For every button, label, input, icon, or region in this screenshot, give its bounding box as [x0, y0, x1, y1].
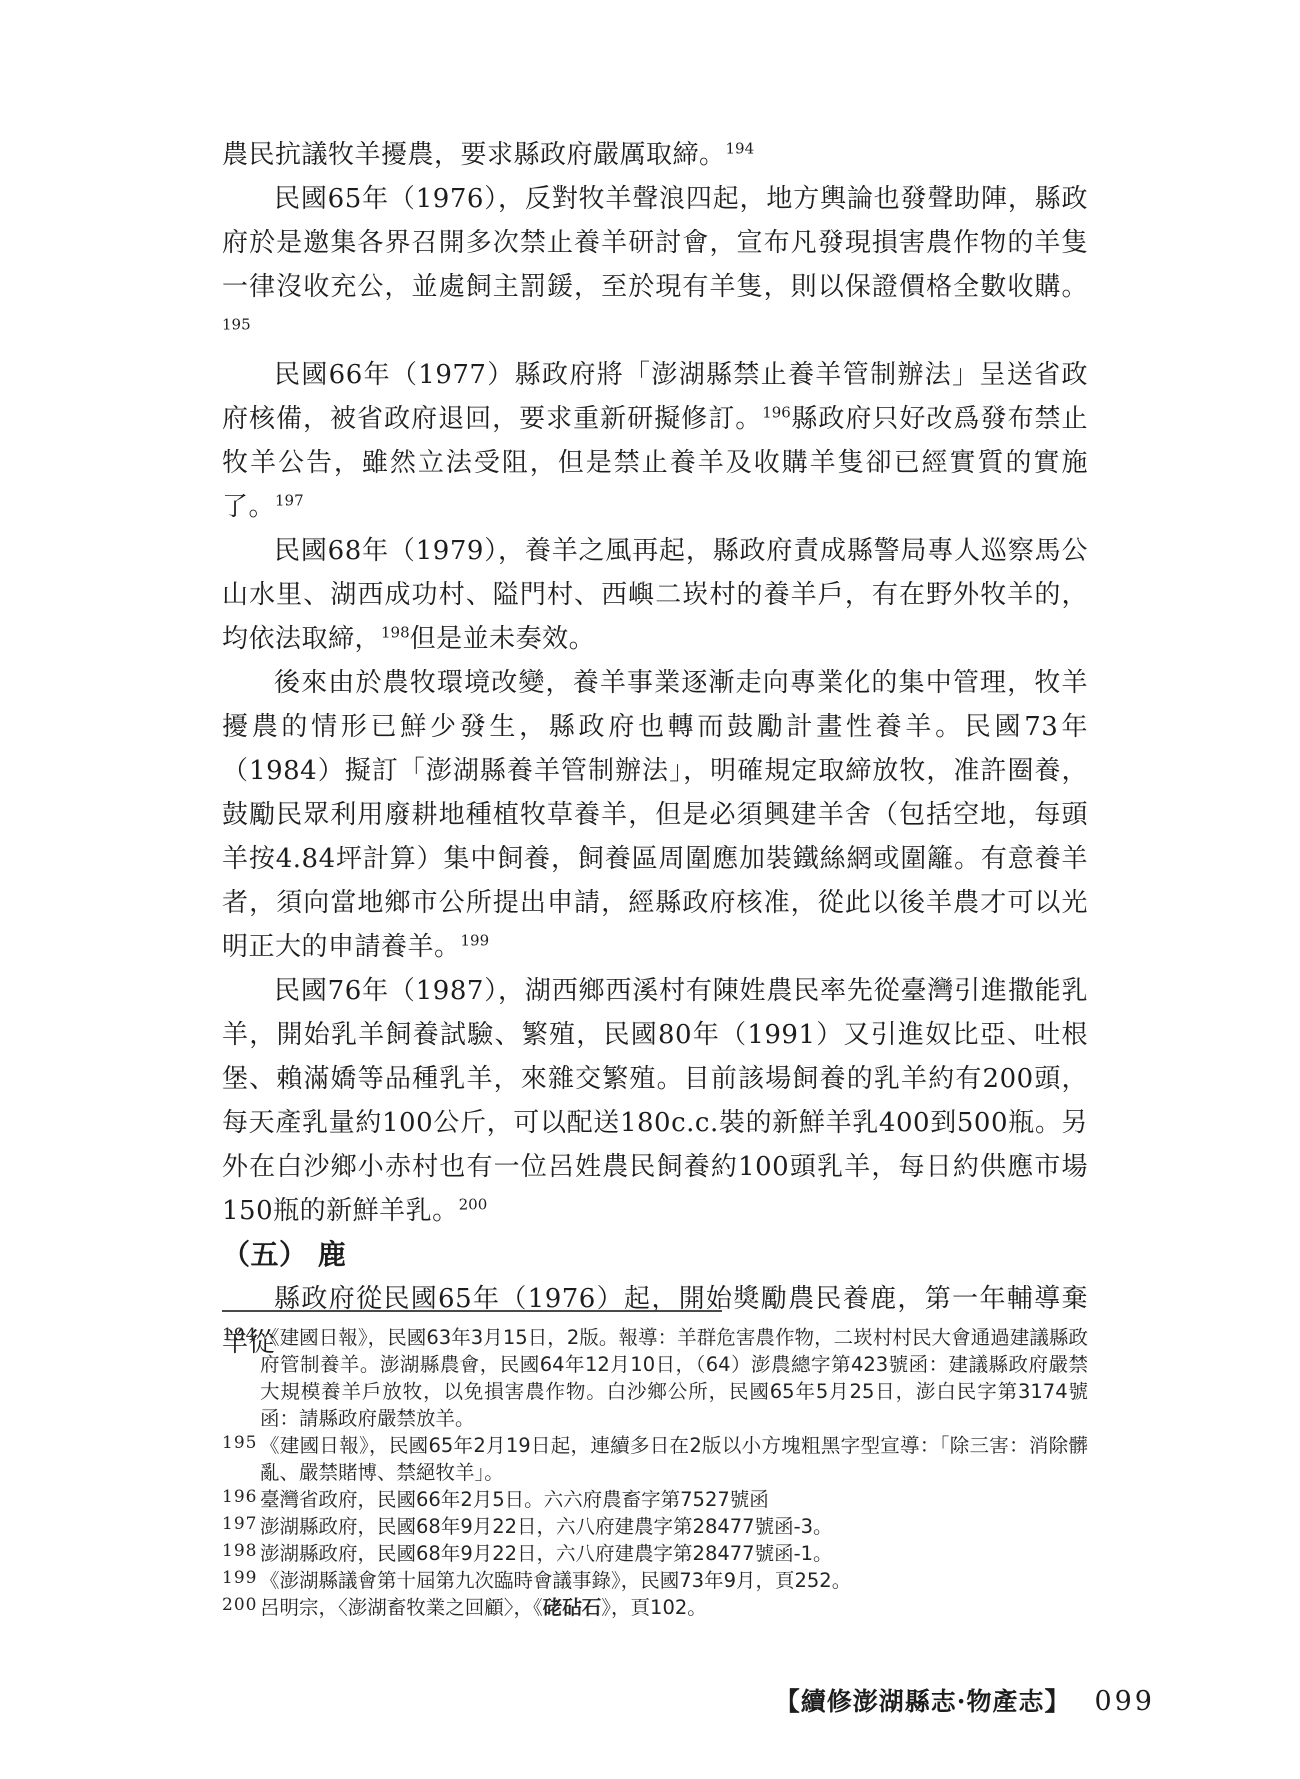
- text-run: 農民抗議牧羊擾農，要求縣政府嚴厲取締。: [222, 140, 726, 170]
- footnote-marker: 198: [381, 623, 410, 641]
- footer-volume-title: 【續修澎湖縣志·物產志】: [775, 1682, 1071, 1718]
- footnote-number: 194: [222, 1322, 257, 1349]
- footnote-marker: 197: [275, 491, 304, 509]
- section-heading: （五） 鹿: [222, 1233, 1088, 1277]
- text-run: 民國65年（1976），反對牧羊聲浪四起，地方輿論也發聲助陣，縣政府於是邀集各界…: [222, 184, 1088, 302]
- body-paragraph: 民國68年（1979），養羊之風再起，縣政府責成縣警局專人巡察馬公山水里、湖西成…: [222, 529, 1088, 661]
- footnote-marker: 200: [459, 1195, 488, 1213]
- footnote-number: 199: [222, 1565, 257, 1592]
- footnote-text: 《澎湖縣議會第十屆第九次臨時會議事錄》，民國73年9月，頁252。: [260, 1569, 851, 1592]
- footnote-text: 硓砧石: [543, 1596, 602, 1619]
- footnote: 194《建國日報》，民國63年3月15日，2版。報導：羊群危害農作物，二崁村村民…: [222, 1324, 1088, 1432]
- footnote-separator-rule: [222, 1310, 722, 1312]
- body-paragraph: 民國76年（1987），湖西鄉西溪村有陳姓農民率先從臺灣引進撒能乳羊，開始乳羊飼…: [222, 969, 1088, 1233]
- footnote: 198澎湖縣政府，民國68年9月22日，六八府建農字第28477號函-1。: [222, 1540, 1088, 1567]
- footnote-area: 194《建國日報》，民國63年3月15日，2版。報導：羊群危害農作物，二崁村村民…: [222, 1310, 1088, 1621]
- footnote-number: 196: [222, 1484, 257, 1511]
- footnote-number: 197: [222, 1511, 257, 1538]
- text-run: 民國76年（1987），湖西鄉西溪村有陳姓農民率先從臺灣引進撒能乳羊，開始乳羊飼…: [222, 976, 1088, 1226]
- footnote-text: 澎湖縣政府，民國68年9月22日，六八府建農字第28477號函-1。: [260, 1542, 833, 1565]
- footnote: 197澎湖縣政府，民國68年9月22日，六八府建農字第28477號函-3。: [222, 1513, 1088, 1540]
- footnote-marker: 194: [726, 139, 755, 157]
- body-paragraph: 農民抗議牧羊擾農，要求縣政府嚴厲取締。194: [222, 133, 1088, 177]
- body-paragraph: 民國66年（1977）縣政府將「澎湖縣禁止養羊管制辦法」呈送省政府核備，被省政府…: [222, 353, 1088, 529]
- footnote-text: 《建國日報》，民國63年3月15日，2版。報導：羊群危害農作物，二崁村村民大會通…: [260, 1326, 1088, 1430]
- document-page: 農民抗議牧羊擾農，要求縣政府嚴厲取締。194民國65年（1976），反對牧羊聲浪…: [0, 0, 1300, 1779]
- footnote-marker: 195: [222, 315, 251, 333]
- footnote-text: 臺灣省政府，民國66年2月5日。六六府農畜字第7527號函: [260, 1488, 769, 1511]
- footnote-text: 呂明宗，〈澎湖畜牧業之回顧〉，《: [260, 1596, 543, 1619]
- text-run: 但是並未奏效。: [410, 624, 596, 654]
- footnote-text: 》，頁102。: [601, 1596, 706, 1619]
- footnote-text: 《建國日報》，民國65年2月19日起，連續多日在2版以小方塊粗黑字型宣導：「除三…: [260, 1434, 1088, 1484]
- footnote-marker: 199: [461, 931, 490, 949]
- footnote-text: 澎湖縣政府，民國68年9月22日，六八府建農字第28477號函-3。: [260, 1515, 833, 1538]
- body-paragraph: 後來由於農牧環境改變，養羊事業逐漸走向專業化的集中管理，牧羊擾農的情形已鮮少發生…: [222, 661, 1088, 969]
- footnote: 196臺灣省政府，民國66年2月5日。六六府農畜字第7527號函: [222, 1486, 1088, 1513]
- footnote-number: 195: [222, 1430, 257, 1457]
- footnote: 200呂明宗，〈澎湖畜牧業之回顧〉，《硓砧石》，頁102。: [222, 1594, 1088, 1621]
- text-run: 民國68年（1979），養羊之風再起，縣政府責成縣警局專人巡察馬公山水里、湖西成…: [222, 536, 1088, 654]
- footnote: 195《建國日報》，民國65年2月19日起，連續多日在2版以小方塊粗黑字型宣導：…: [222, 1432, 1088, 1486]
- footnote-number: 198: [222, 1538, 257, 1565]
- footnote-number: 200: [222, 1592, 257, 1619]
- body-paragraph: 民國65年（1976），反對牧羊聲浪四起，地方輿論也發聲助陣，縣政府於是邀集各界…: [222, 177, 1088, 353]
- page-footer: 【續修澎湖縣志·物產志】 099: [775, 1682, 1155, 1718]
- body-text: 農民抗議牧羊擾農，要求縣政府嚴厲取締。194民國65年（1976），反對牧羊聲浪…: [222, 133, 1088, 1365]
- footnotes-list: 194《建國日報》，民國63年3月15日，2版。報導：羊群危害農作物，二崁村村民…: [222, 1324, 1088, 1621]
- footer-page-number: 099: [1094, 1686, 1155, 1717]
- footnote-marker: 196: [762, 403, 791, 421]
- text-run: 後來由於農牧環境改變，養羊事業逐漸走向專業化的集中管理，牧羊擾農的情形已鮮少發生…: [222, 668, 1088, 962]
- footnote: 199《澎湖縣議會第十屆第九次臨時會議事錄》，民國73年9月，頁252。: [222, 1567, 1088, 1594]
